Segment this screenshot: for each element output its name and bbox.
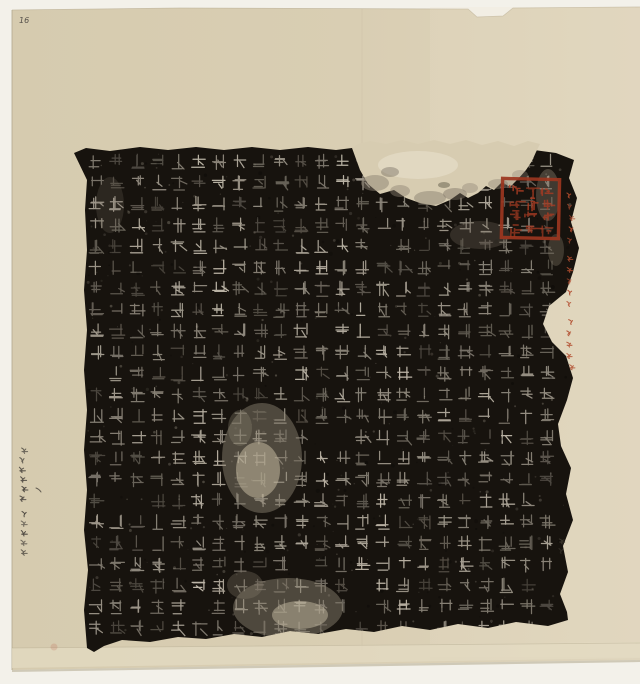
collector-seal bbox=[501, 178, 559, 238]
red-smudge bbox=[51, 644, 58, 651]
scanned-album-leaf: 16 bbox=[0, 0, 640, 684]
rubbing-scan: 16 bbox=[0, 0, 640, 684]
page-number: 16 bbox=[19, 16, 29, 25]
